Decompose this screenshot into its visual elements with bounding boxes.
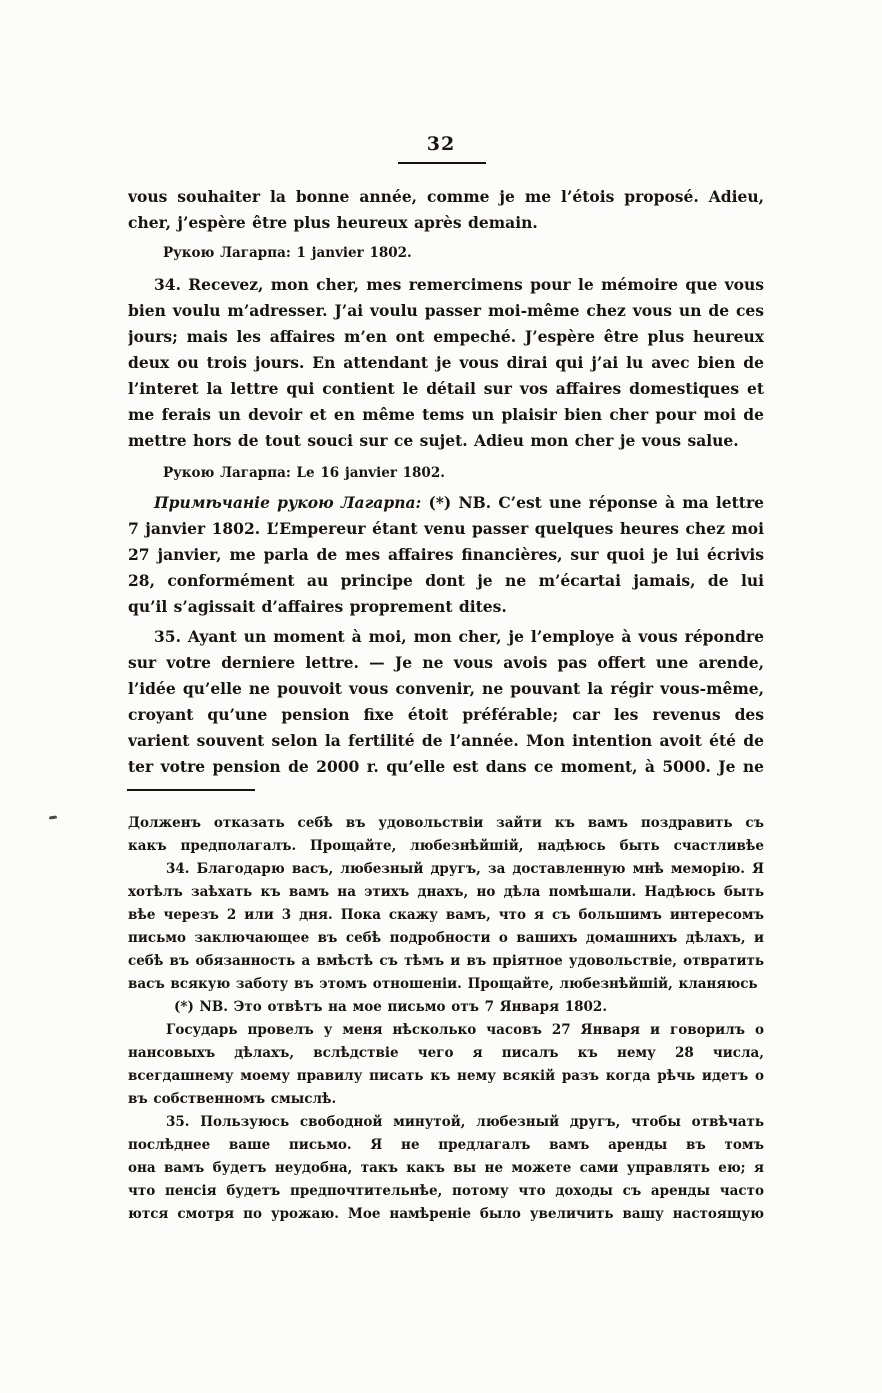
hand-note-1: Рукою Лагарпа: 1 janvier 1802.: [163, 243, 764, 264]
text-line: me ferais un devoir et en même tems un p…: [128, 402, 764, 428]
text-line: bien voulu m’adresser. J’ai voulu passer…: [128, 298, 764, 324]
text-line: васъ всякую заботу въ этомъ отношеніи. П…: [128, 973, 764, 996]
text-line: что пенсія будетъ предпочтительнѣе, пото…: [128, 1180, 764, 1203]
text-line: всегдашнему моему правилу писать къ нему…: [128, 1065, 764, 1088]
text-line: 28, conformément au principe dont je ne …: [128, 568, 764, 594]
text-line: ются смотря по урожаю. Мое намѣреніе был…: [128, 1203, 764, 1226]
text-line: нансовыхъ дѣлахъ, вслѣдствіе чего я писа…: [128, 1042, 764, 1065]
text-line: 27 janvier, me parla de mes affaires fin…: [128, 542, 764, 568]
footnote-separator-rule: [127, 789, 255, 791]
italic-lead: Примѣчаніе рукою Лагарпа:: [154, 493, 421, 512]
text-line: письмо заключающее въ себѣ подробности о…: [128, 927, 764, 950]
text-line: 35. Пользуюсь свободной минутой, любезны…: [128, 1111, 764, 1134]
text-line: ter votre pension de 2000 r. qu’elle est…: [128, 754, 764, 780]
footnote-35-translation: 35. Пользуюсь свободной минутой, любезны…: [128, 1111, 764, 1226]
text-line: Рукою Лагарпа: 1 janvier 1802.: [163, 243, 764, 264]
text-line: какъ предполагалъ. Прощайте, любезнѣйшій…: [128, 835, 764, 858]
text-line: 34. Recevez, mon cher, mes remercimens p…: [128, 272, 764, 298]
text-line: qu’il s’agissait d’affaires proprement d…: [128, 594, 764, 620]
paragraph-35: 35. Ayant un moment à moi, mon cher, je …: [128, 624, 764, 780]
text-line: хотѣлъ заѣхать къ вамъ на этихъ днахъ, н…: [128, 881, 764, 904]
footnote-emperor-note: Государь провелъ у меня нѣсколько часовъ…: [128, 1019, 764, 1111]
text-line: deux ou trois jours. En attendant je vou…: [128, 350, 764, 376]
footnote-opening-translation: Долженъ отказать себѣ въ удовольствіи за…: [128, 812, 764, 858]
text-line: l’interet la lettre qui contient le déta…: [128, 376, 764, 402]
text-line: себѣ въ обязанность а вмѣстѣ съ тѣмъ и в…: [128, 950, 764, 973]
text-line: вѣе черезъ 2 или 3 дня. Пока скажу вамъ,…: [128, 904, 764, 927]
hand-note-2: Рукою Лагарпа: Le 16 janvier 1802.: [163, 463, 764, 484]
text-line: sur votre derniere lettre. — Je ne vous …: [128, 650, 764, 676]
text-line: croyant qu’une pension fixe étoit préfér…: [128, 702, 764, 728]
text-line: 35. Ayant un moment à moi, mon cher, je …: [128, 624, 764, 650]
text-line: въ собственномъ смыслѣ.: [128, 1088, 764, 1111]
text-line: 34. Благодарю васъ, любезный другъ, за д…: [128, 858, 764, 881]
page-number: 32: [0, 133, 882, 155]
text-line: Государь провелъ у меня нѣсколько часовъ…: [128, 1019, 764, 1042]
text-line: послѣднее ваше письмо. Я не предлагалъ в…: [128, 1134, 764, 1157]
text-line: cher, j’espère être plus heureux après d…: [128, 210, 764, 236]
text-line: 7 janvier 1802. L’Empereur étant venu pa…: [128, 516, 764, 542]
text-line: varient souvent selon la fertilité de l’…: [128, 728, 764, 754]
text-line: mettre hors de tout souci sur ce sujet. …: [128, 428, 764, 454]
text-line: она вамъ будетъ неудобна, такъ какъ вы н…: [128, 1157, 764, 1180]
footnote-text: Долженъ отказать себѣ въ удовольствіи за…: [128, 812, 764, 1226]
footnote-asterisk-nb: (*) NB. Это отвѣтъ на мое письмо отъ 7 Я…: [128, 996, 764, 1019]
text-line: Долженъ отказать себѣ въ удовольствіи за…: [128, 812, 764, 835]
lagarpe-note-paragraph: Примѣчаніе рукою Лагарпа: (*) NB. C’est …: [128, 490, 764, 620]
main-text: vous souhaiter la bonne année, comme je …: [128, 184, 764, 780]
text-line: jours; mais les affaires m’en ont empech…: [128, 324, 764, 350]
text-line: Примѣчаніе рукою Лагарпа: (*) NB. C’est …: [128, 490, 764, 516]
footnote-34-translation: 34. Благодарю васъ, любезный другъ, за д…: [128, 858, 764, 996]
paragraph-34: 34. Recevez, mon cher, mes remercimens p…: [128, 272, 764, 454]
opening-paragraph-continuation: vous souhaiter la bonne année, comme je …: [128, 184, 764, 236]
text-line: Рукою Лагарпа: Le 16 janvier 1802.: [163, 463, 764, 484]
text-line: (*) NB. Это отвѣтъ на мое письмо отъ 7 Я…: [128, 996, 764, 1019]
text-line: vous souhaiter la bonne année, comme je …: [128, 184, 764, 210]
page-number-rule: [398, 162, 486, 164]
text-line: l’idée qu’elle ne pouvoit vous convenir,…: [128, 676, 764, 702]
margin-mark: [49, 815, 57, 819]
